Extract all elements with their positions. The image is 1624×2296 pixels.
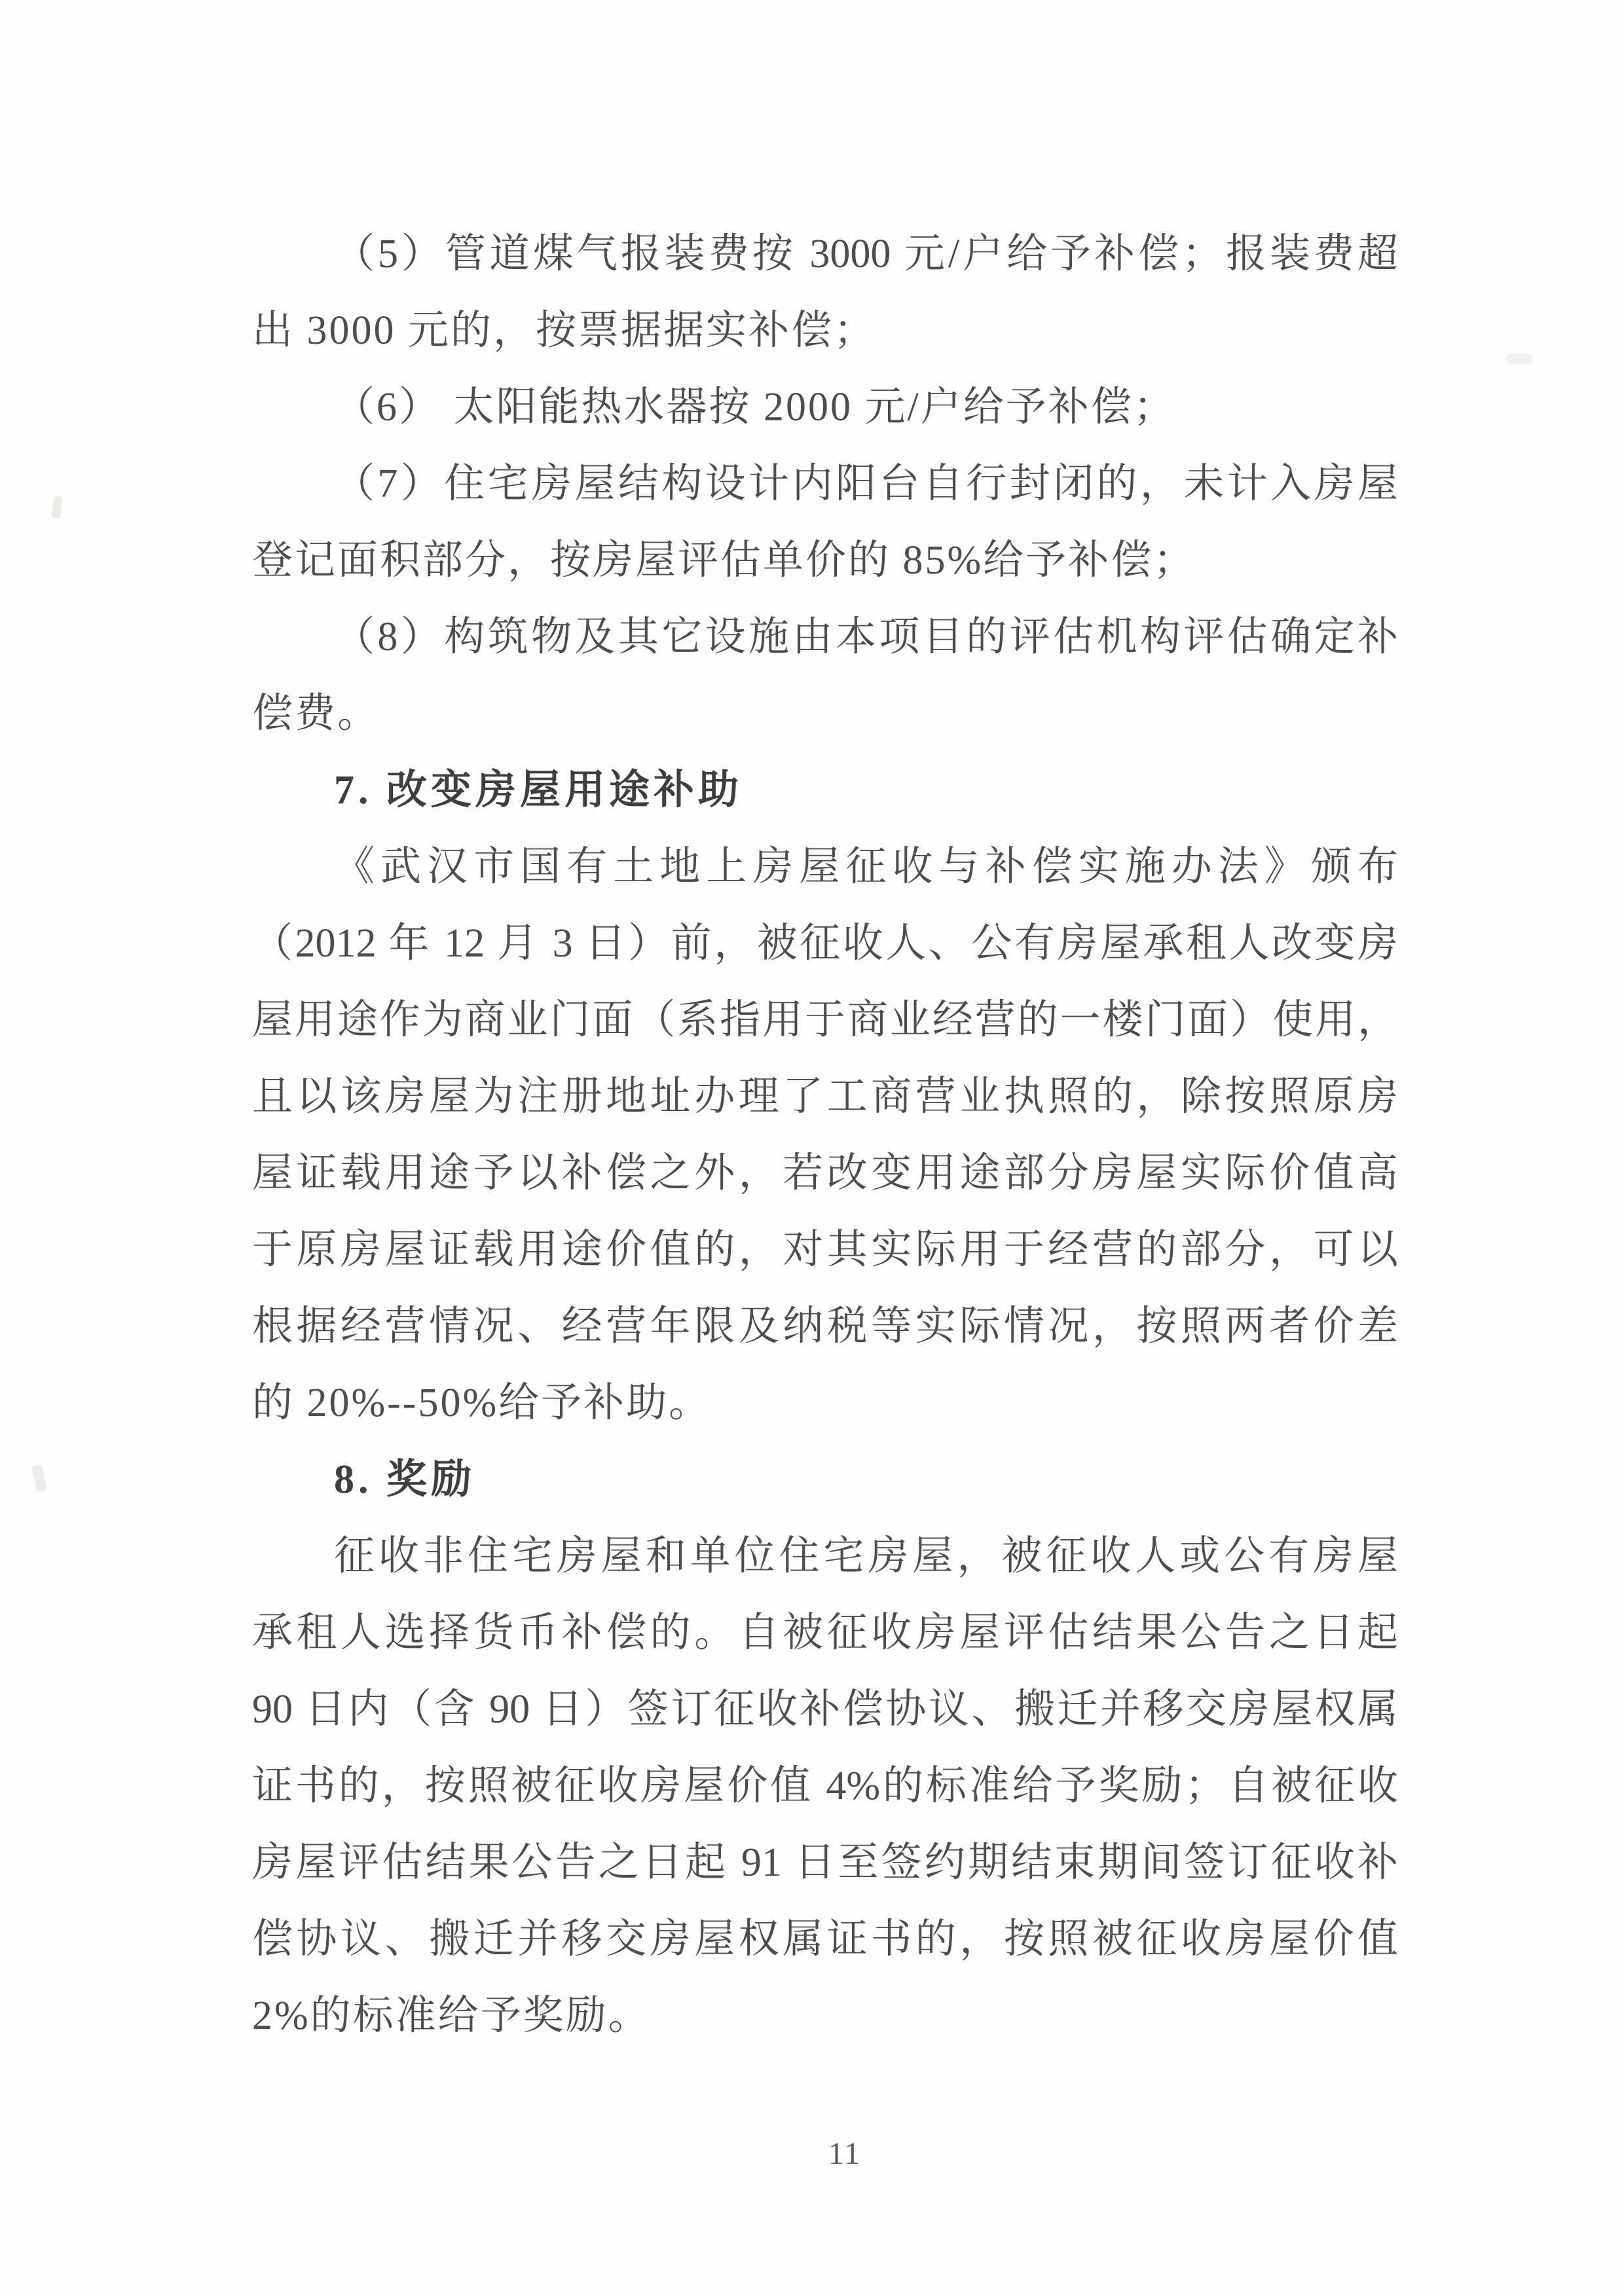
body-line-sec8-p4: 证书的，按照被征收房屋价值 4%的标准给予奖励；自被征收 xyxy=(252,1748,1398,1825)
body-line-sec8-p7: 2%的标准给予奖励。 xyxy=(252,1978,1398,2054)
document-body: （5）管道煤气报装费按 3000 元/户给予补偿；报装费超 出 3000 元的，… xyxy=(252,216,1398,2054)
body-line-sec8-p5: 房屋评估结果公告之日起 91 日至签约期结束期间签订征收补 xyxy=(252,1825,1398,1901)
body-line-sec7-p2: （2012 年 12 月 3 日）前，被征收人、公有房屋承租人改变房 xyxy=(252,905,1398,982)
body-line-item5-cont: 出 3000 元的，按票据据实补偿； xyxy=(252,293,1398,369)
section-heading-7: 7. 改变房屋用途补助 xyxy=(252,752,1398,829)
body-line-item8-cont: 偿费。 xyxy=(252,676,1398,752)
scan-artifact xyxy=(31,1465,47,1492)
body-line-sec8-p2: 承租人选择货币补偿的。自被征收房屋评估结果公告之日起 xyxy=(252,1595,1398,1671)
body-line-item5: （5）管道煤气报装费按 3000 元/户给予补偿；报装费超 xyxy=(252,216,1398,293)
body-line-sec8-p1: 征收非住宅房屋和单位住宅房屋，被征收人或公有房屋 xyxy=(252,1518,1398,1595)
body-line-sec7-p8: 的 20%--50%给予补助。 xyxy=(252,1365,1398,1442)
section-heading-8: 8. 奖励 xyxy=(252,1442,1398,1518)
body-line-item7: （7）住宅房屋结构设计内阳台自行封闭的，未计入房屋 xyxy=(252,446,1398,522)
body-line-sec7-p7: 根据经营情况、经营年限及纳税等实际情况，按照两者价差 xyxy=(252,1288,1398,1365)
body-line-sec7-p6: 于原房屋证载用途价值的，对其实际用于经营的部分，可以 xyxy=(252,1212,1398,1288)
body-line-item6: （6） 太阳能热水器按 2000 元/户给予补偿； xyxy=(252,369,1398,446)
body-line-sec8-p6: 偿协议、搬迁并移交房屋权属证书的，按照被征收房屋价值 xyxy=(252,1901,1398,1978)
body-line-sec8-p3: 90 日内（含 90 日）签订征收补偿协议、搬迁并移交房屋权属 xyxy=(252,1671,1398,1748)
body-line-item8: （8）构筑物及其它设施由本项目的评估机构评估确定补 xyxy=(252,599,1398,676)
page-number: 11 xyxy=(33,2136,1624,2172)
body-line-sec7-p5: 屋证载用途予以补偿之外，若改变用途部分房屋实际价值高 xyxy=(252,1135,1398,1212)
body-line-sec7-p1: 《武汉市国有土地上房屋征收与补偿实施办法》颁布 xyxy=(252,829,1398,905)
document-page: （5）管道煤气报装费按 3000 元/户给予补偿；报装费超 出 3000 元的，… xyxy=(0,0,1624,2296)
scan-artifact xyxy=(1506,354,1532,364)
body-line-sec7-p3: 屋用途作为商业门面（系指用于商业经营的一楼门面）使用， xyxy=(252,982,1398,1059)
body-line-sec7-p4: 且以该房屋为注册地址办理了工商营业执照的，除按照原房 xyxy=(252,1059,1398,1135)
scan-artifact xyxy=(51,496,64,519)
body-line-item7-cont: 登记面积部分，按房屋评估单价的 85%给予补偿； xyxy=(252,522,1398,599)
